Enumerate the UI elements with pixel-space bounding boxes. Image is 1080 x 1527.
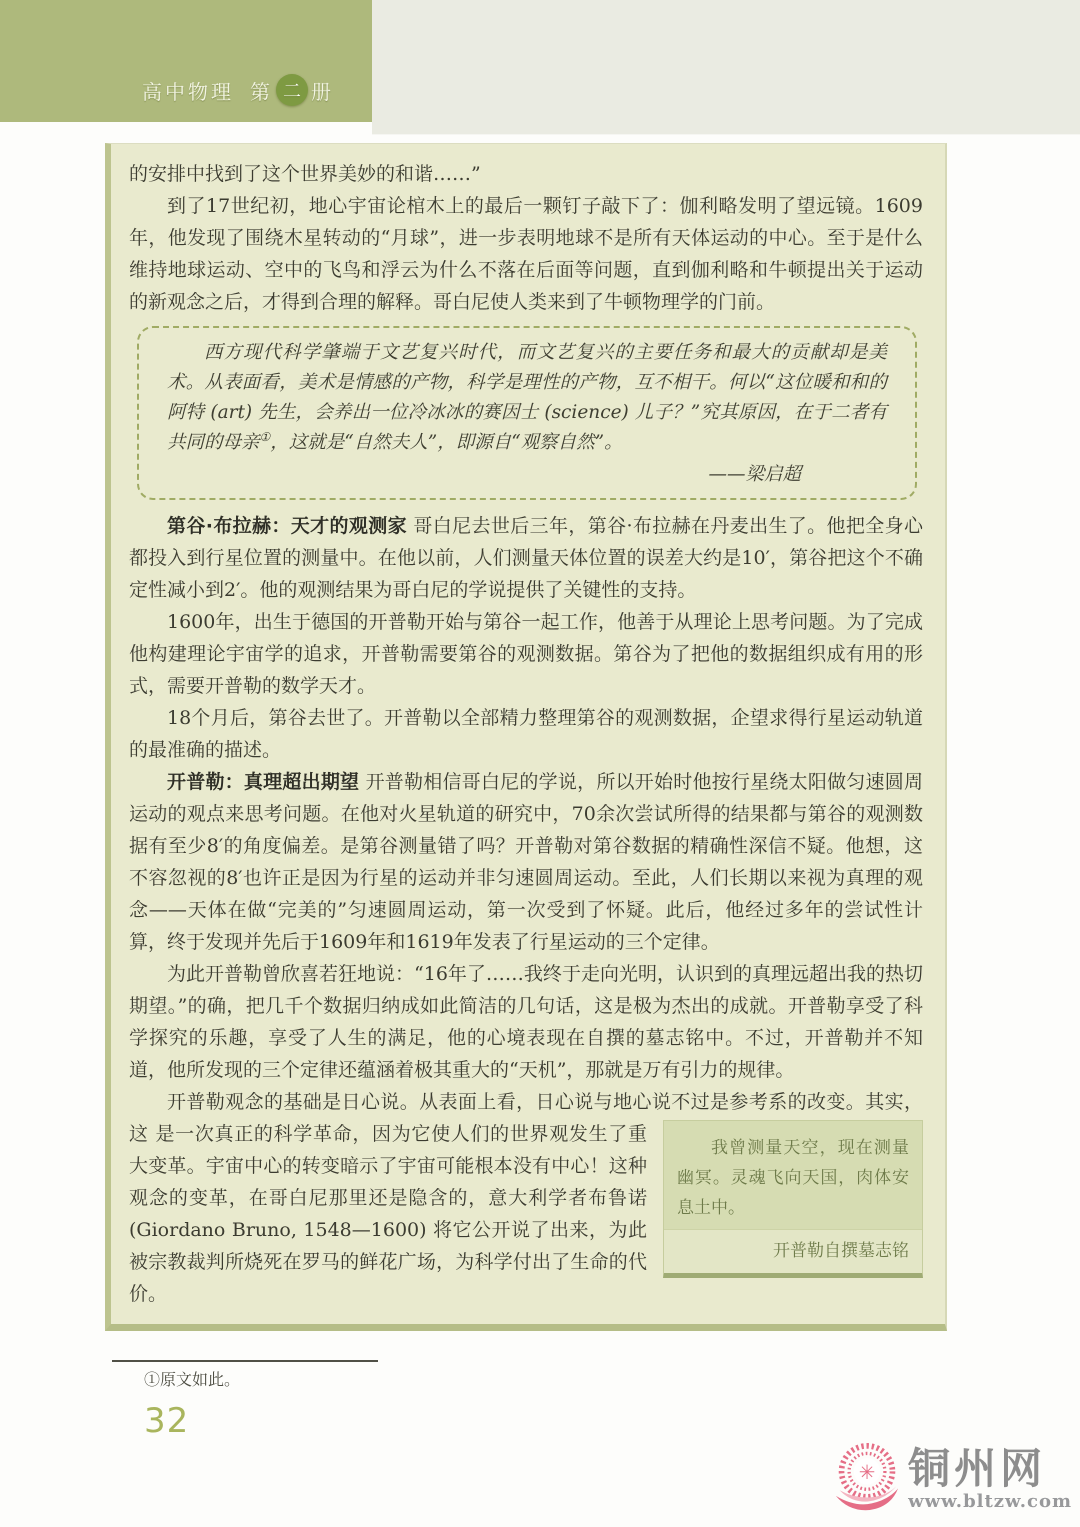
- quote-text: 西方现代科学肇端于文艺复兴时代，而文艺复兴的主要任务和最大的贡献却是美术。从表面…: [167, 338, 887, 458]
- footnote-rule: [112, 1360, 378, 1362]
- epitaph-text: 我曾测量天空，现在测量幽冥。灵魂飞向天国，肉体安息土中。: [664, 1121, 922, 1229]
- paragraph-1600: 1600年，出生于德国的开普勒开始与第谷一起工作，他善于从理论上思考问题。为了完…: [129, 606, 923, 702]
- epitaph-box: 我曾测量天空，现在测量幽冥。灵魂飞向天国，肉体安息土中。 开普勒自撰墓志铭: [663, 1120, 923, 1278]
- volume-number-badge: 二: [276, 74, 308, 106]
- quote-attribution: ——梁启超: [167, 460, 887, 490]
- epitaph-caption: 开普勒自撰墓志铭: [664, 1229, 922, 1273]
- last-paragraph: 开普勒观念的基础是日心说。从表面上看，日心说与地心说不过是参考系的改变。其实，这…: [129, 1086, 923, 1310]
- paragraph-18-months: 18个月后，第谷去世了。开普勒以全部精力整理第谷的观测数据，企望求得行星运动轨道…: [129, 702, 923, 766]
- watermark-text: 铜州网 www.bltzw.com: [908, 1447, 1072, 1512]
- intro-paragraph: 到了17世纪初，地心宇宙论棺木上的最后一颗钉子敲下了：伽利略发明了望远镜。160…: [129, 190, 923, 318]
- volume-suffix: 册: [311, 76, 334, 105]
- volume-prefix: 第: [250, 76, 273, 105]
- textbook-page-panel: 的安排中找到了这个世界美妙的和谐……” 到了17世纪初，地心宇宙论棺木上的最后一…: [105, 143, 947, 1331]
- last-paragraph-seg2: 是一次真正的科学革命，因为它使人们的世界观发生了重大变革。宇宙中心的转变暗示了宇…: [129, 1123, 647, 1305]
- kepler-section-heading: 开普勒：真理超出期望: [167, 771, 359, 793]
- page-footer: ①原文如此。 32: [112, 1360, 532, 1441]
- tycho-paragraph: 第谷·布拉赫：天才的观测家 哥白尼去世后三年，第谷·布拉赫在丹麦出生了。他把全身…: [129, 510, 923, 606]
- kepler-section-body: 开普勒相信哥白尼的学说，所以开始时他按行星绕太阳做匀速圆周运动的观点来思考问题。…: [129, 771, 923, 953]
- footnote-mark: ①: [260, 430, 271, 444]
- watermark: ✳ 铜州网 www.bltzw.com: [834, 1441, 1072, 1517]
- kepler-paragraph: 开普勒：真理超出期望 开普勒相信哥白尼的学说，所以开始时他按行星绕太阳做匀速圆周…: [129, 766, 923, 958]
- book-title-text: 高中物理: [142, 76, 234, 105]
- paragraph-joy: 为此开普勒曾欣喜若狂地说：“16年了……我终于走向光明，认识到的真理远超出我的热…: [129, 958, 923, 1086]
- watermark-site-url: www.bltzw.com: [908, 1491, 1072, 1512]
- watermark-logo-icon: ✳: [834, 1441, 900, 1517]
- page-number: 32: [144, 1401, 532, 1441]
- tycho-section-heading: 第谷·布拉赫：天才的观测家: [167, 515, 407, 537]
- lead-line: 的安排中找到了这个世界美妙的和谐……”: [129, 158, 923, 190]
- svg-text:✳: ✳: [859, 1461, 876, 1484]
- page-top-band: [372, 0, 1080, 135]
- quote-box: 西方现代科学肇端于文艺复兴时代，而文艺复兴的主要任务和最大的贡献却是美术。从表面…: [137, 326, 917, 500]
- volume-number: 二: [283, 77, 301, 103]
- book-title: 高中物理 第 二 册: [142, 74, 334, 106]
- watermark-site-name: 铜州网: [908, 1447, 1046, 1491]
- footnote-text: ①原文如此。: [144, 1369, 532, 1391]
- chapter-header-band: 高中物理 第 二 册: [0, 0, 372, 122]
